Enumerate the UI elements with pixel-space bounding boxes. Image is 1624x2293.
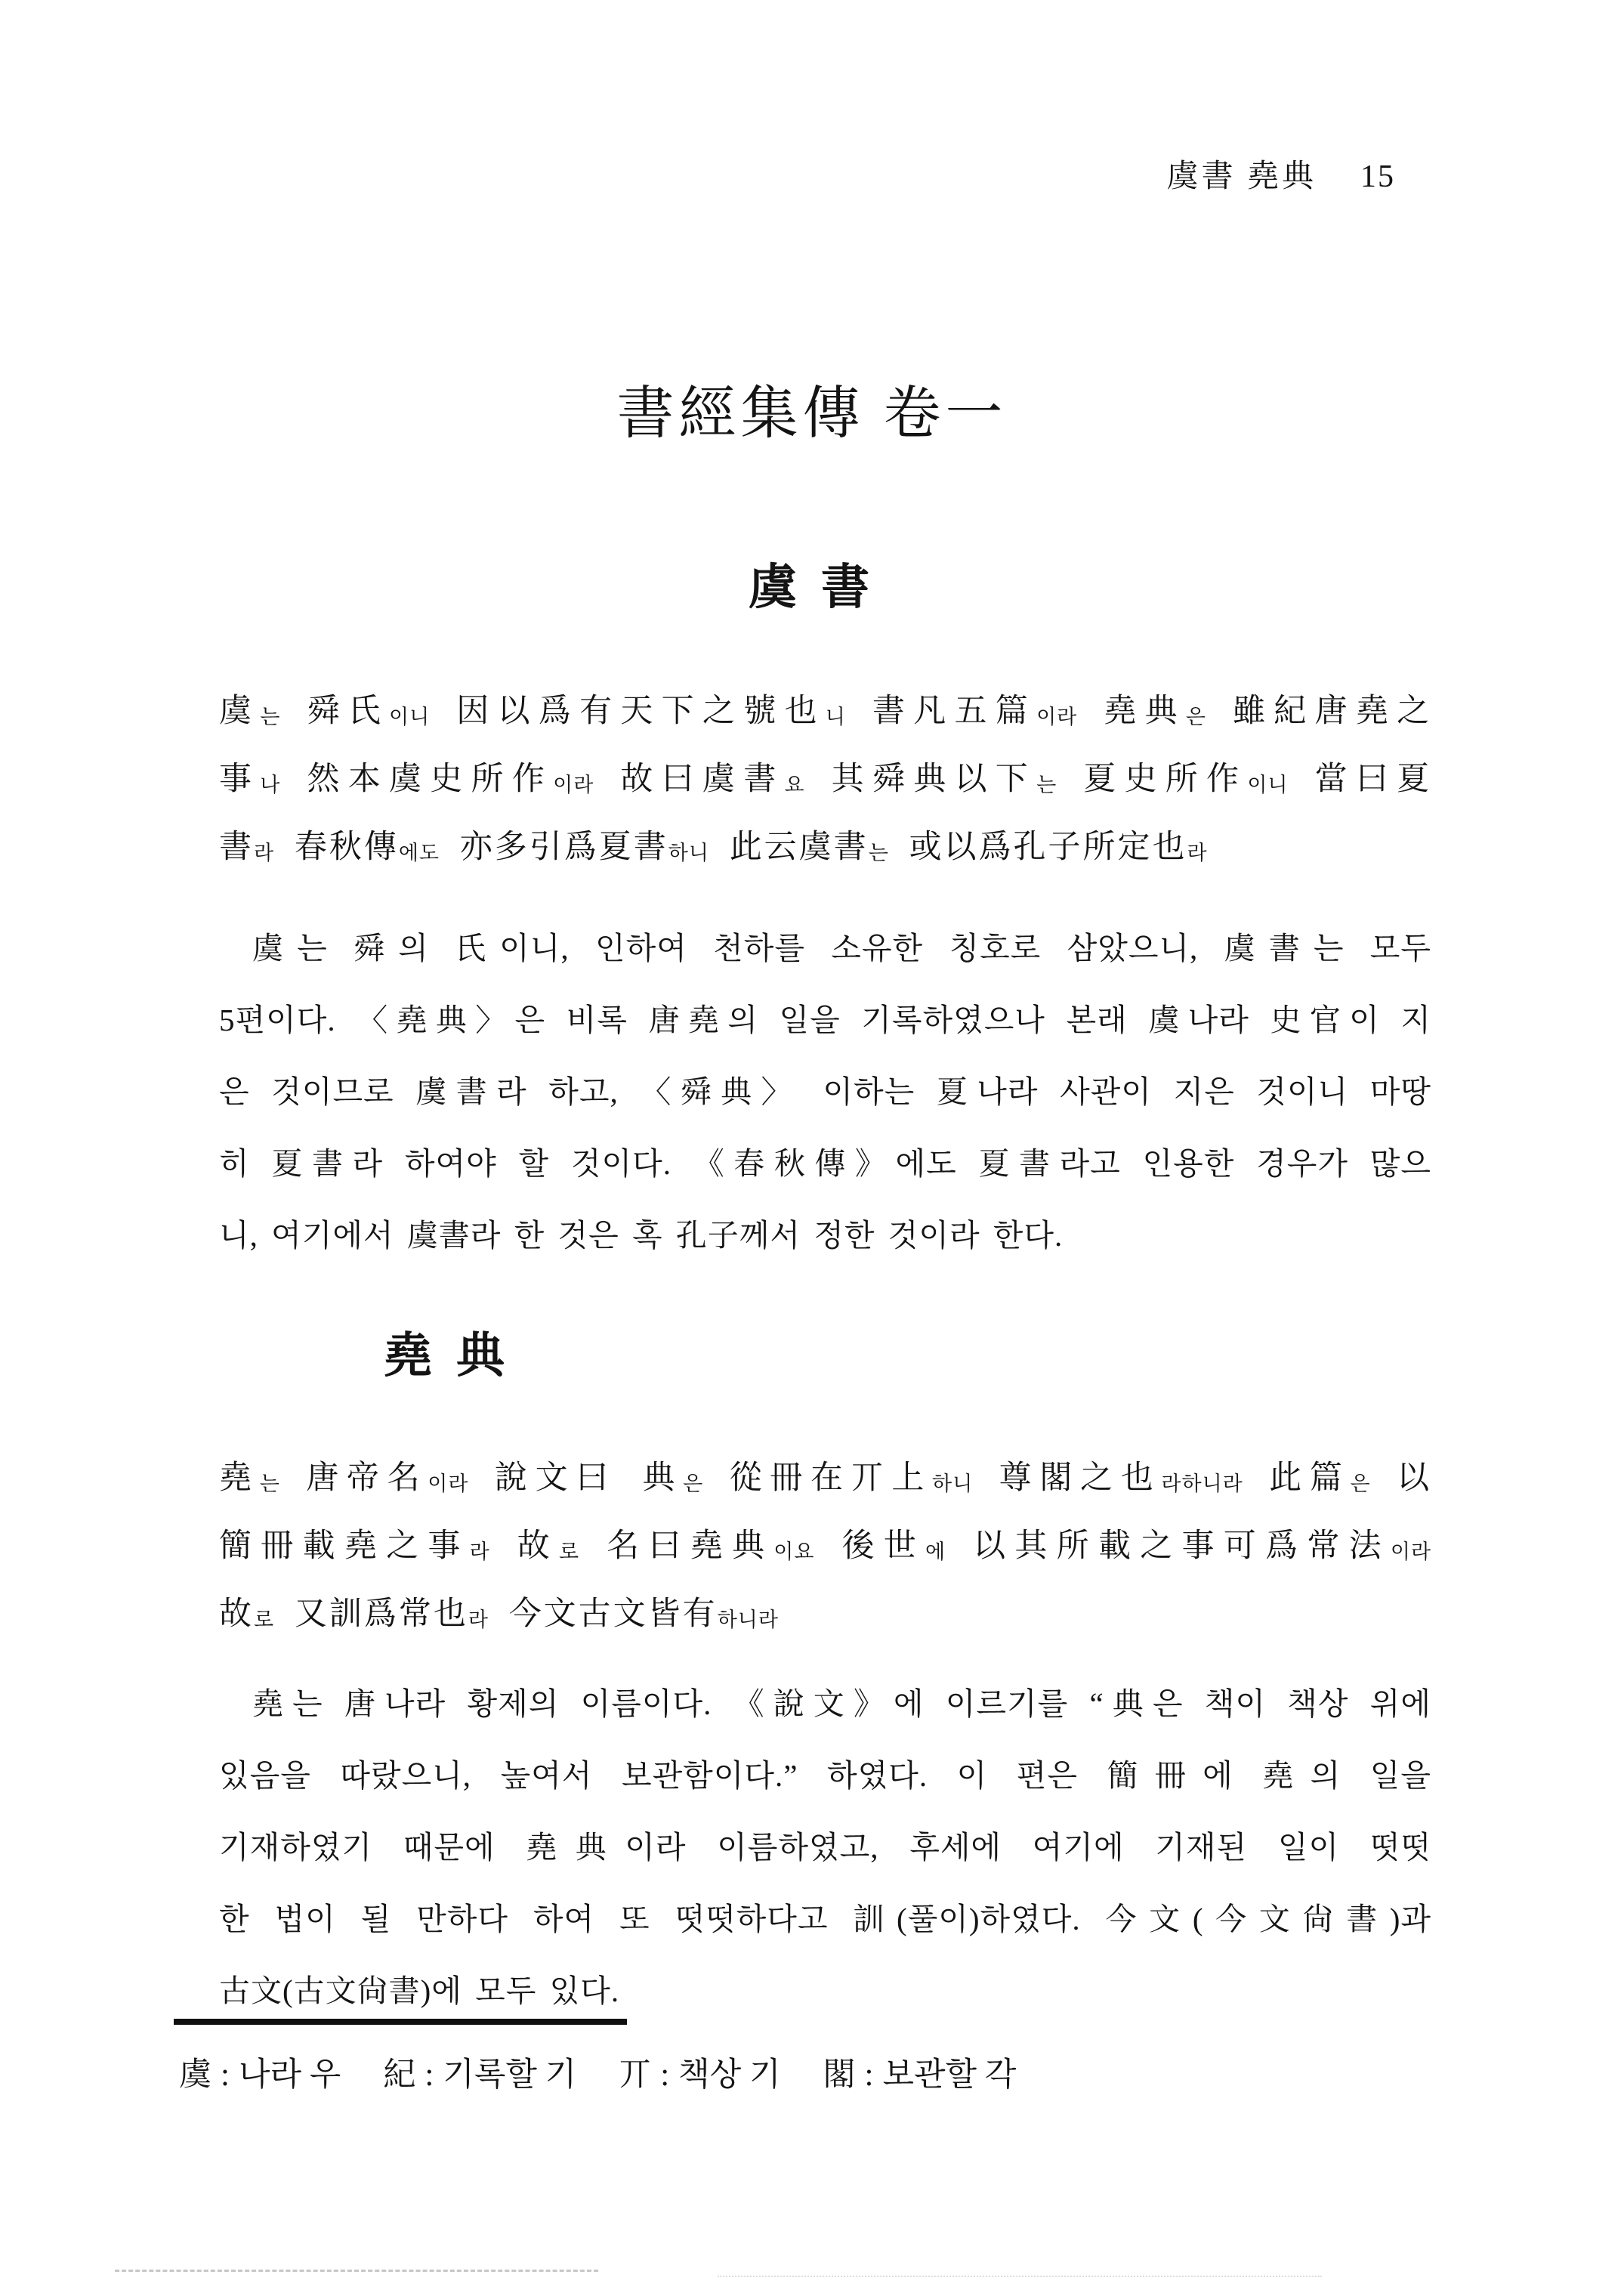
hanja-run: 書凡五篇 <box>872 694 1036 729</box>
text-line: 虞는 舜의 氏이니, 인하여 천하를 소유한 칭호로 삼았으니, 虞書는 모두 <box>219 913 1431 984</box>
glossary-entry: 虞:나라 우 <box>179 2057 341 2093</box>
korean-particle: 라 <box>254 842 274 864</box>
book-page: 虞書 堯典15 書經集傳 卷一 虞 書 虞는 舜氏이니 因以爲有天下之號也니 書… <box>0 0 1624 2293</box>
glossary-hanja: 虞 <box>179 2057 211 2093</box>
korean-particle: 이니 <box>389 706 430 728</box>
hanja-run: 此篇 <box>1269 1460 1350 1496</box>
hanja-run: 故 <box>517 1528 559 1564</box>
hanja-run: 此云虞書 <box>730 830 869 865</box>
hanmun-paragraph-yu-seo: 虞는 舜氏이니 因以爲有天下之號也니 書凡五篇이라 堯典은 雖紀唐堯之事나 然本… <box>219 678 1431 882</box>
korean-particle: 하니 <box>932 1473 973 1495</box>
hanmun-paragraph-yo-jeon: 堯는 唐帝名이라 說文曰 典은 從冊在丌上하니 尊閣之也라하니라 此篇은 以簡冊… <box>219 1445 1431 1649</box>
hanja-run: 說文曰 <box>495 1460 616 1496</box>
hanja-run: 舜氏 <box>307 694 389 729</box>
glossary-reading: 책상 기 <box>678 2057 780 2093</box>
glossary-hanja: 閣 <box>823 2057 856 2093</box>
korean-particle: 니 <box>826 706 846 728</box>
hanja-run: 故曰虞書 <box>620 762 784 797</box>
text-line: 堯는 唐帝名이라 說文曰 典은 從冊在丌上하니 尊閣之也라하니라 此篇은 以 <box>219 1445 1431 1513</box>
text-line: 5편이다. 〈堯典〉은 비록 唐堯의 일을 기록하였으나 본래 虞나라 史官이 … <box>219 984 1431 1056</box>
hanja-run: 以 <box>1397 1460 1431 1496</box>
text-line: 니, 여기에서 虞書라 한 것은 혹 孔子께서 정한 것이라 한다. <box>219 1200 1431 1272</box>
korean-particle: 는 <box>260 706 280 728</box>
korean-particle: 이요 <box>773 1541 814 1563</box>
korean-particle: 하니 <box>668 842 709 864</box>
section-heading-yu-seo: 虞 書 <box>0 549 1624 618</box>
scan-artifact-line <box>718 2276 1322 2277</box>
hanja-run: 名曰堯典 <box>607 1528 773 1564</box>
hanja-run: 以其所載之事可爲常法 <box>973 1528 1391 1564</box>
hanja-run: 典 <box>642 1460 683 1496</box>
korean-particle: 은 <box>683 1473 703 1495</box>
korean-particle: 에 <box>925 1541 946 1563</box>
glossary-hanja: 丌 <box>619 2057 651 2093</box>
text-line: 故로 又訓爲常也라 今文古文皆有하니라 <box>219 1581 1431 1649</box>
hanja-run: 後世 <box>841 1528 925 1564</box>
text-line: 은 것이므로 虞書라 하고, 〈舜典〉 이하는 夏나라 사관이 지은 것이니 마… <box>219 1056 1431 1128</box>
hanja-run: 夏史所作 <box>1083 762 1247 797</box>
page-number: 15 <box>1360 159 1395 194</box>
korean-particle: 은 <box>1186 706 1206 728</box>
text-line: 虞는 舜氏이니 因以爲有天下之號也니 書凡五篇이라 堯典은 雖紀唐堯之 <box>219 678 1431 746</box>
korean-particle: 라 <box>1187 842 1208 864</box>
hanja-run: 從冊在丌上 <box>730 1460 932 1496</box>
hanja-run: 堯典 <box>1104 694 1186 729</box>
hanja-run: 其舜典以下 <box>832 762 1036 797</box>
hanja-run: 尊閣之也 <box>999 1460 1162 1496</box>
text-line: 書라 春秋傳에도 亦多引爲夏書하니 此云虞書는 或以爲孔子所定也라 <box>219 814 1431 882</box>
hanja-run: 因以爲有天下之號也 <box>456 694 826 729</box>
text-line: 기재하였기 때문에 堯典이라 이름하였고, 후세에 여기에 기재된 일이 떳떳 <box>219 1812 1431 1884</box>
hanja-run: 又訓爲常也 <box>295 1596 468 1632</box>
hanja-run: 唐帝名 <box>306 1460 428 1496</box>
korean-particle: 는 <box>869 842 889 864</box>
glossary-separator: : <box>211 2057 239 2093</box>
korean-particle: 라하니라 <box>1161 1473 1243 1495</box>
glossary-reading: 나라 우 <box>239 2057 341 2093</box>
text-line: 히 夏書라 하여야 할 것이다. 《春秋傳》에도 夏書라고 인용한 경우가 많으 <box>219 1128 1431 1200</box>
hanja-run: 故 <box>219 1596 254 1632</box>
text-line: 古文(古文尙書)에 모두 있다. <box>219 1955 1431 2027</box>
scan-artifact-line <box>115 2270 598 2272</box>
text-line: 簡冊載堯之事라 故로 名曰堯典이요 後世에 以其所載之事可爲常法이라 <box>219 1513 1431 1581</box>
korean-particle: 라 <box>468 1608 489 1631</box>
korean-particle: 이니 <box>1247 774 1288 796</box>
hanja-run: 然本虞史所作 <box>307 762 553 797</box>
korean-particle: 로 <box>254 1608 274 1631</box>
text-line: 堯는 唐나라 황제의 이름이다. 《說文》에 이르기를 “典은 책이 책상 위에 <box>219 1668 1431 1740</box>
hanja-run: 亦多引爲夏書 <box>460 830 668 865</box>
korean-particle: 이라 <box>1036 706 1077 728</box>
running-head: 虞書 堯典15 <box>1166 151 1395 196</box>
footnote-divider <box>174 2019 627 2025</box>
korean-particle: 로 <box>559 1541 579 1563</box>
glossary-separator: : <box>651 2057 678 2093</box>
korean-particle: 은 <box>1351 1473 1371 1495</box>
korean-particle: 라 <box>470 1541 490 1563</box>
hanja-run: 書 <box>219 830 254 865</box>
glossary-entry: 紀:기록할 기 <box>383 2057 576 2093</box>
running-head-section: 虞書 堯典 <box>1166 159 1317 194</box>
glossary-entry: 閣:보관할 각 <box>823 2057 1017 2093</box>
korean-particle: 나 <box>260 774 280 796</box>
section-heading-yo-jeon: 堯 典 <box>384 1317 511 1386</box>
text-line: 事나 然本虞史所作이라 故曰虞書요 其舜典以下는 夏史所作이니 當曰夏 <box>219 746 1431 814</box>
glossary-reading: 기록할 기 <box>443 2057 576 2093</box>
korean-translation-yo-jeon: 堯는 唐나라 황제의 이름이다. 《說文》에 이르기를 “典은 책이 책상 위에… <box>219 1668 1431 2027</box>
hanja-run: 或以爲孔子所定也 <box>909 830 1187 865</box>
text-line: 있음을 따랐으니, 높여서 보관함이다.” 하였다. 이 편은 簡冊에 堯의 일… <box>219 1740 1431 1812</box>
korean-particle: 에도 <box>399 842 440 864</box>
hanja-run: 堯 <box>219 1460 260 1496</box>
glossary-separator: : <box>856 2057 883 2093</box>
korean-particle: 는 <box>260 1473 280 1495</box>
glossary-reading: 보관할 각 <box>882 2057 1016 2093</box>
korean-particle: 는 <box>1036 774 1057 796</box>
hanja-run: 虞 <box>219 694 260 729</box>
hanja-run: 當曰夏 <box>1315 762 1432 797</box>
hanja-run: 簡冊載堯之事 <box>219 1528 470 1564</box>
korean-particle: 하니라 <box>718 1608 779 1631</box>
glossary-entry: 丌:책상 기 <box>619 2057 780 2093</box>
character-glossary: 虞:나라 우紀:기록할 기丌:책상 기閣:보관할 각 <box>179 2049 1058 2095</box>
korean-translation-yu-seo: 虞는 舜의 氏이니, 인하여 천하를 소유한 칭호로 삼았으니, 虞書는 모두5… <box>219 913 1431 1272</box>
hanja-run: 雖紀唐堯之 <box>1233 694 1431 729</box>
glossary-separator: : <box>415 2057 443 2093</box>
hanja-run: 今文古文皆有 <box>509 1596 718 1632</box>
hanja-run: 春秋傳 <box>295 830 399 865</box>
korean-particle: 요 <box>785 774 805 796</box>
korean-particle: 이라 <box>1391 1541 1431 1563</box>
korean-particle: 이라 <box>428 1473 468 1495</box>
text-line: 한 법이 될 만하다 하여 또 떳떳하다고 訓(풀이)하였다. 今文(今文尙書)… <box>219 1884 1431 1955</box>
glossary-hanja: 紀 <box>383 2057 415 2093</box>
volume-title: 書經集傳 卷一 <box>0 367 1624 450</box>
korean-particle: 이라 <box>553 774 594 796</box>
hanja-run: 事 <box>219 762 260 797</box>
